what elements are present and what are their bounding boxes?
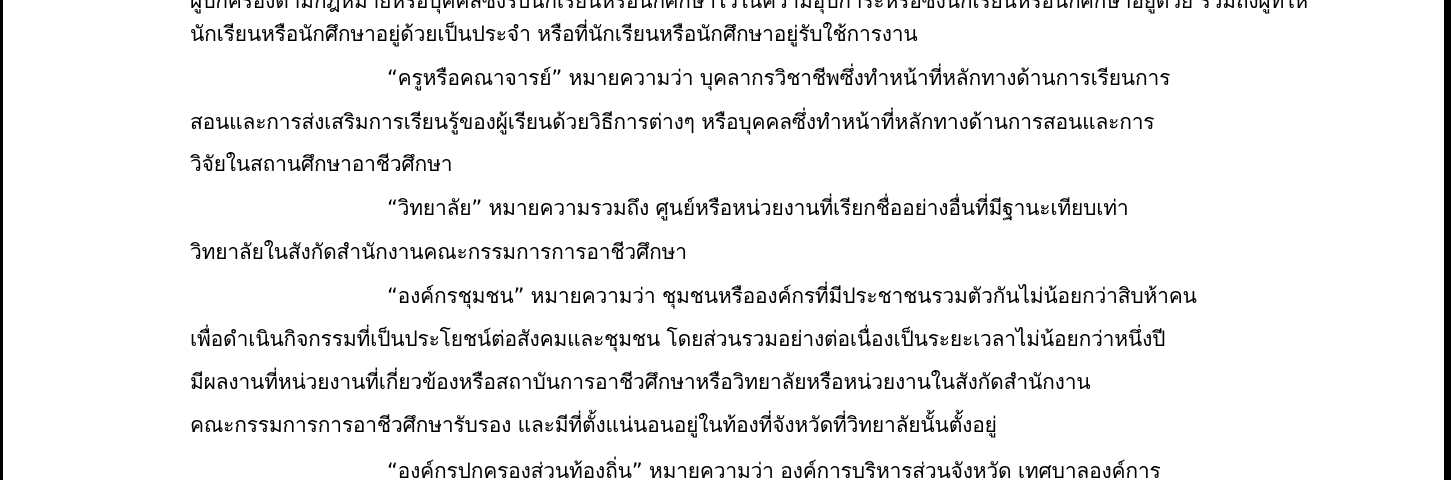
text-line: วิทยาลัยในสังกัดสำนักงานคณะกรรมการการอาช…	[190, 237, 687, 267]
page-left-border	[0, 0, 3, 480]
text-line: มีผลงานที่หน่วยงานที่เกี่ยวข้องหรือสถาบั…	[190, 367, 1090, 397]
definition-college: “วิทยาลัย” หมายความรวมถึง ศูนย์หรือหน่วย…	[387, 193, 1128, 223]
definition-local-government-clipped-bottom: “องค์กรปกครองส่วนท้องถิ่น” หมายความว่า อ…	[387, 456, 1161, 480]
document-page: ผู้ปกครองตามกฎหมายหรือบุคคลซึ่งรับนักเรี…	[0, 0, 1451, 480]
text-line-clipped-top: ผู้ปกครองตามกฎหมายหรือบุคคลซึ่งรับนักเรี…	[190, 0, 1308, 16]
text-line: คณะกรรมการการอาชีวศึกษารับรอง และมีที่ตั…	[190, 410, 997, 440]
text-line: สอนและการส่งเสริมการเรียนรู้ของผู้เรียนด…	[190, 107, 1154, 137]
text-line: นักเรียนหรือนักศึกษาอยู่ด้วยเป็นประจำ หร…	[190, 19, 918, 49]
page-right-border	[1444, 0, 1451, 480]
text-line: เพื่อดำเนินกิจกรรมที่เป็นประโยชน์ต่อสังค…	[190, 324, 1165, 354]
definition-community-organization: “องค์กรชุมชน” หมายความว่า ชุมชนหรือองค์ก…	[387, 281, 1197, 311]
text-line: วิจัยในสถานศึกษาอาชีวศึกษา	[190, 149, 452, 179]
definition-teacher: “ครูหรือคณาจารย์” หมายความว่า บุคลากรวิช…	[387, 63, 1170, 93]
